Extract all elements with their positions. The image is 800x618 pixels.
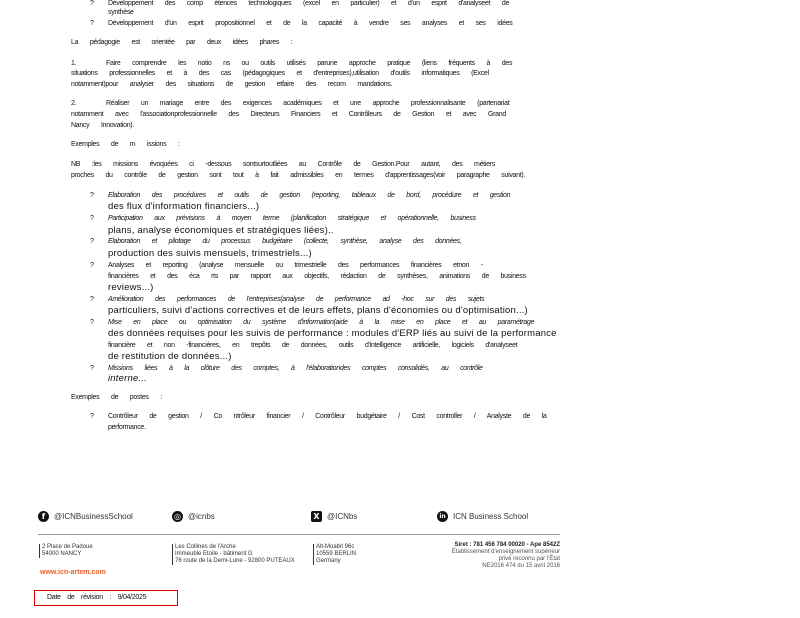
social-label: @icnbs	[188, 512, 215, 521]
point-1-line3: notamment)pour analyser des situations d…	[71, 80, 392, 89]
point-2-line2: notamment avec l'associationprofessionne…	[71, 110, 506, 119]
intro-bullet-1-line1: Développement des comp étences technolog…	[108, 0, 509, 8]
mission-4-line3: reviews...)	[108, 282, 153, 293]
social-label: @ICNBusinessSchool	[54, 512, 133, 521]
post-line2: performance.	[108, 423, 146, 432]
document-page: ? Développement des comp étences technol…	[0, 0, 800, 618]
address-line: Alt-Moabit 96c	[316, 544, 356, 551]
address-line: 10559 BERLIN	[316, 551, 356, 558]
address-line: 54000 NANCY	[42, 551, 93, 558]
social-linkedin[interactable]: in ICN Business School	[437, 511, 528, 522]
revision-date-box: Date de révision : 9/04/2025	[34, 590, 178, 606]
mission-4-line1: Analyses et reporting (analyse mensuelle…	[108, 261, 483, 270]
bullet-marker: ?	[90, 412, 94, 421]
x-twitter-icon: X	[311, 511, 322, 522]
point-number: 2.	[71, 99, 76, 108]
mission-4-line2: financières et des éca rts par rapport a…	[108, 272, 526, 281]
mission-7-line1: Missions liées à la clôture des comptes,…	[108, 364, 483, 373]
address-line: Immeuble Etoile - bâtiment G	[175, 551, 295, 558]
social-facebook[interactable]: f @ICNBusinessSchool	[38, 511, 133, 522]
missions-note-line2: proches du contrôle de gestion sont tout…	[71, 171, 525, 180]
footer-divider	[38, 534, 560, 535]
mission-6-line3: financière et non -financières, en trepô…	[108, 341, 517, 350]
point-2-line1: Réaliser un mariage entre des exigences …	[106, 99, 509, 108]
address-line: 2 Place de Padoue	[42, 544, 93, 551]
bullet-marker: ?	[90, 318, 94, 327]
missions-note-line1: NB :les missions évoquées ci -dessous so…	[71, 160, 495, 169]
social-instagram[interactable]: ◎ @icnbs	[172, 511, 215, 522]
post-line1: Contrôleur de gestion / Co ntrôleur fina…	[108, 412, 547, 421]
mission-1-line2: des flux d'information financiers...)	[108, 201, 259, 212]
intro-bullet-1-line2: synthèse	[108, 8, 134, 17]
mission-1-line1: Elaboration des procédures et outils de …	[108, 191, 510, 200]
mission-6-line2: des données requises pour les suivis de …	[108, 328, 557, 339]
address-puteaux: Les Collines de l'Arche Immeuble Etoile …	[172, 544, 295, 565]
social-label: ICN Business School	[453, 512, 528, 521]
pedagogy-heading: La pédagogie est orientée par deux idées…	[71, 38, 292, 47]
missions-heading: Exemples de m issions :	[71, 140, 180, 149]
bullet-marker: ?	[90, 364, 94, 373]
facebook-icon: f	[38, 511, 49, 522]
address-nancy: 2 Place de Padoue 54000 NANCY	[39, 544, 93, 558]
mission-7-line2: interne...	[108, 373, 147, 384]
mission-2-line2: plans, analyse économiques et stratégiqu…	[108, 225, 334, 236]
mission-5-line1: Amélioration des performances de l'entre…	[108, 295, 484, 304]
instagram-icon: ◎	[172, 511, 183, 522]
posts-heading: Exemples de postes :	[71, 393, 162, 402]
mission-3-line2: production des suivis mensuels, trimestr…	[108, 248, 312, 259]
revision-date: Date de révision : 9/04/2025	[47, 594, 146, 601]
legal-line: Établissement d'enseignement supérieur	[452, 549, 560, 556]
address-line: Germany	[316, 558, 356, 565]
mission-2-line1: Participation aux prévisions à moyen ter…	[108, 214, 476, 223]
point-2-line3: Nancy Innovation).	[71, 121, 134, 130]
bullet-marker: ?	[90, 191, 94, 200]
bullet-marker: ?	[90, 237, 94, 246]
point-number: 1.	[71, 59, 76, 68]
legal-siret: Siret : 781 456 784 00020 - Ape 8542Z	[454, 542, 560, 548]
point-1-line2: situations professionnelles et à des cas…	[71, 69, 489, 78]
linkedin-icon: in	[437, 511, 448, 522]
website-link[interactable]: www.icn-artem.com	[40, 569, 106, 576]
mission-6-line1: Mise en place ou optimisation du système…	[108, 318, 534, 327]
legal-info: Siret : 781 456 784 00020 - Ape 8542Z Ét…	[452, 542, 560, 570]
bullet-marker: ?	[90, 295, 94, 304]
intro-bullet-2: Développement d'un esprit propositionnel…	[108, 19, 513, 28]
mission-5-line2: particuliers, suivi d'actions corrective…	[108, 305, 528, 316]
legal-line: NE2016 474 du 15 avril 2016	[452, 563, 560, 570]
address-berlin: Alt-Moabit 96c 10559 BERLIN Germany	[313, 544, 356, 565]
bullet-marker: ?	[90, 19, 94, 28]
bullet-marker: ?	[90, 0, 94, 8]
mission-6-line4: de restitution de données...)	[108, 351, 232, 362]
legal-line: privé reconnu par l'État	[452, 556, 560, 563]
social-x[interactable]: X @ICNbs	[311, 511, 357, 522]
mission-3-line1: Elaboration et pilotage du processus bud…	[108, 237, 461, 246]
point-1-line1: Faire comprendre les notio ns ou outils …	[106, 59, 512, 68]
address-line: Les Collines de l'Arche	[175, 544, 295, 551]
address-line: 76 route de la Demi-Lune - 92800 PUTEAUX	[175, 558, 295, 565]
bullet-marker: ?	[90, 214, 94, 223]
social-label: @ICNbs	[327, 512, 357, 521]
bullet-marker: ?	[90, 261, 94, 270]
